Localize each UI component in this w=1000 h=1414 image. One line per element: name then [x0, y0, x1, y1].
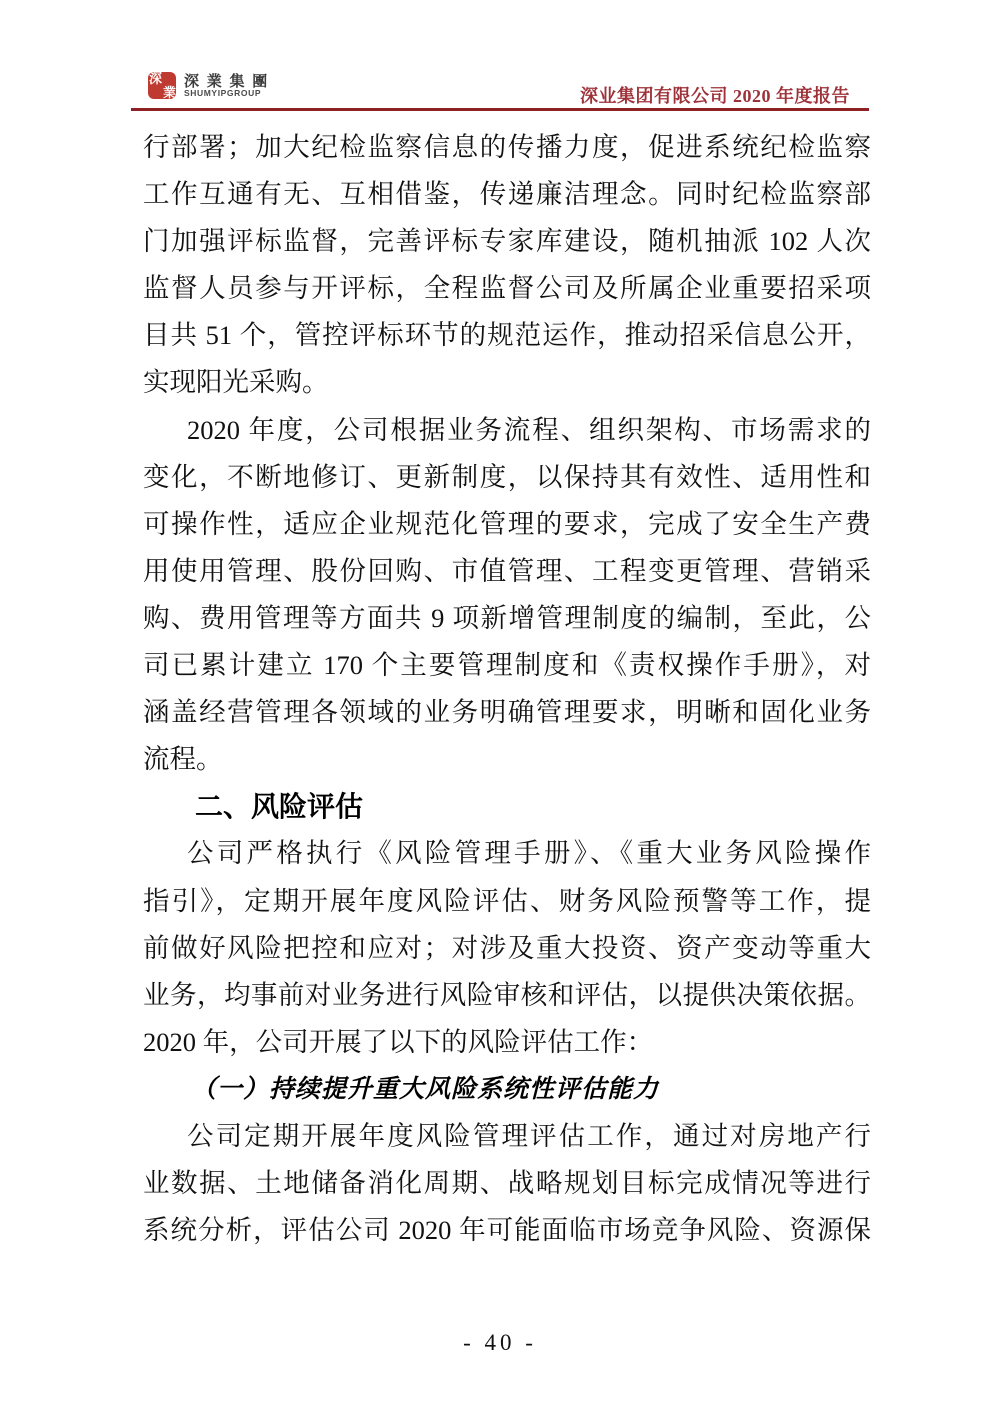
- body-line: 公司定期开展年度风险管理评估工作，通过对房地产行: [143, 1113, 871, 1160]
- body-line: 变化，不断地修订、更新制度，以保持其有效性、适用性和: [143, 454, 871, 501]
- body-line: 涵盖经营管理各领域的业务明确管理要求，明晰和固化业务: [143, 689, 871, 736]
- logo-company-name-en: SHUMYIPGROUP: [184, 88, 384, 98]
- subsection-heading: （一）持续提升重大风险系统性评估能力: [143, 1066, 871, 1113]
- body-line: 流程。: [143, 736, 871, 783]
- body-line: 前做好风险把控和应对；对涉及重大投资、资产变动等重大: [143, 925, 871, 972]
- body-line: 用使用管理、股份回购、市值管理、工程变更管理、营销采: [143, 548, 871, 595]
- body-line: 门加强评标监督，完善评标专家库建设，随机抽派 102 人次: [143, 218, 871, 265]
- body-line: 购、费用管理等方面共 9 项新增管理制度的编制，至此，公: [143, 595, 871, 642]
- body-line: 实现阳光采购。: [143, 359, 871, 406]
- document-body: 行部署；加大纪检监察信息的传播力度，促进系统纪检监察工作互通有无、互相借鉴，传递…: [143, 124, 871, 1254]
- body-line: 系统分析，评估公司 2020 年可能面临市场竞争风险、资源保: [143, 1207, 871, 1254]
- body-line: 业数据、土地储备消化周期、战略规划目标完成情况等进行: [143, 1160, 871, 1207]
- body-line: 指引》，定期开展年度风险评估、财务风险预警等工作，提: [143, 878, 871, 925]
- logo-seal-char-bottom: 業: [163, 86, 176, 99]
- page-footer: - 40 -: [0, 1330, 1000, 1356]
- body-line: 公司严格执行《风险管理手册》、《重大业务风险操作: [143, 830, 871, 877]
- logo-seal-icon: 深 業: [148, 72, 176, 99]
- body-line: 目共 51 个，管控评标环节的规范运作，推动招采信息公开，: [143, 312, 871, 359]
- body-line: 可操作性，适应企业规范化管理的要求，完成了安全生产费: [143, 501, 871, 548]
- page-number: - 40 -: [463, 1330, 537, 1355]
- body-line: 2020 年，公司开展了以下的风险评估工作：: [143, 1019, 871, 1066]
- body-line: 监督人员参与开评标，全程监督公司及所属企业重要招采项: [143, 265, 871, 312]
- body-line: 业务，均事前对业务进行风险审核和评估，以提供决策依据。: [143, 972, 871, 1019]
- body-line: 2020 年度，公司根据业务流程、组织架构、市场需求的: [143, 407, 871, 454]
- header-divider-rule: [131, 108, 869, 111]
- body-line: 司已累计建立 170 个主要管理制度和《责权操作手册》，对: [143, 642, 871, 689]
- report-header-title: 深业集团有限公司 2020 年度报告: [580, 82, 850, 108]
- page-header: 深 業 深 業 集 團 SHUMYIPGROUP 深业集团有限公司 2020 年…: [0, 0, 1000, 120]
- document-page: 深 業 深 業 集 團 SHUMYIPGROUP 深业集团有限公司 2020 年…: [0, 0, 1000, 1414]
- logo-seal-char-top: 深: [149, 72, 162, 86]
- body-line: 工作互通有无、互相借鉴，传递廉洁理念。同时纪检监察部: [143, 171, 871, 218]
- section-heading: 二、风险评估: [143, 783, 871, 830]
- body-line: 行部署；加大纪检监察信息的传播力度，促进系统纪检监察: [143, 124, 871, 171]
